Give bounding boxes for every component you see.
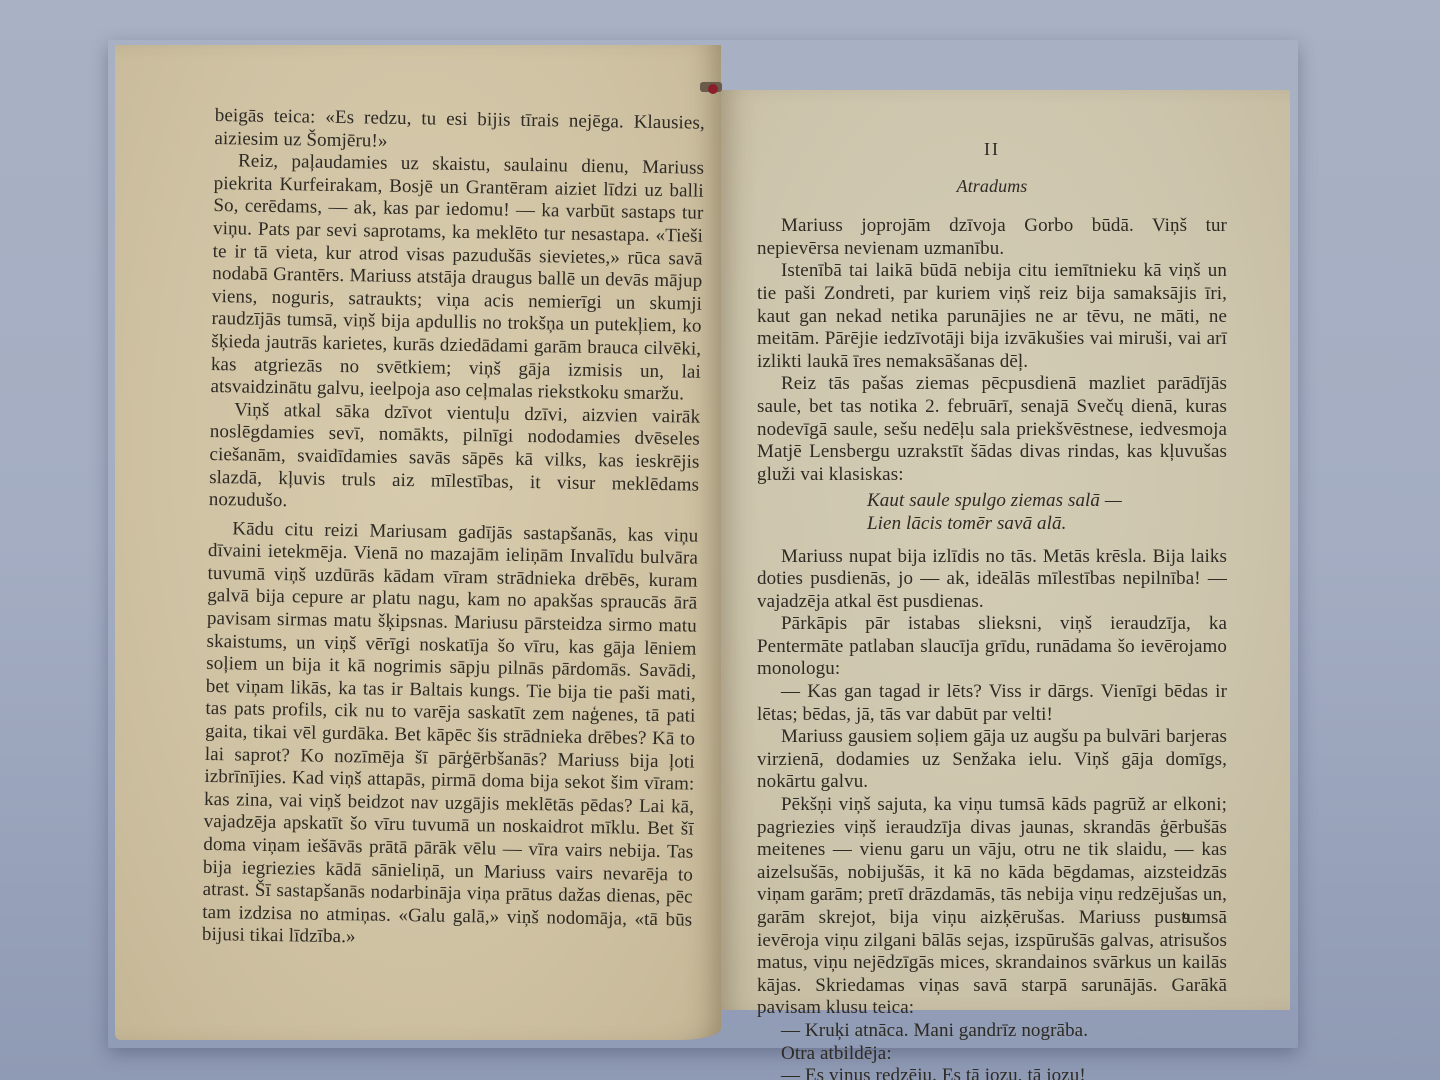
dialogue-line: — Kruķi atnāca. Mani gandrīz nogrāba. bbox=[757, 1020, 1227, 1043]
paragraph: Kādu citu reizi Mariusam gadījās sastapš… bbox=[202, 518, 699, 955]
paragraph: Mariuss gausiem soļiem gāja uz augšu pa … bbox=[757, 726, 1227, 794]
left-page: beigās teica: «Es redzu, tu esi bijis tī… bbox=[115, 45, 721, 1040]
page-number: 9 bbox=[1183, 911, 1191, 928]
paragraph: Pārkāpis pār istabas slieksni, viņš iera… bbox=[757, 613, 1227, 681]
right-page: II Atradums Mariuss joprojām dzīvoja Gor… bbox=[721, 90, 1290, 1010]
chapter-number: II bbox=[757, 138, 1227, 161]
dialogue-line: — Es viņus redzēju. Es tā jozu, tā jozu! bbox=[757, 1065, 1227, 1080]
paragraph: Mariuss nupat bija izlīdis no tās. Metās… bbox=[757, 546, 1227, 614]
paragraph: Istenībā tai laikā būdā nebija citu iemī… bbox=[757, 260, 1227, 373]
right-page-text: II Atradums Mariuss joprojām dzīvoja Gor… bbox=[757, 138, 1227, 1080]
poem: Kaut saule spulgo ziemas salā — Lien lāc… bbox=[867, 490, 1227, 535]
paragraph: beigās teica: «Es redzu, tu esi bijis tī… bbox=[214, 105, 705, 158]
chapter-title: Atradums bbox=[757, 175, 1227, 198]
dialogue-line: — Kas gan tagad ir lēts? Viss ir dārgs. … bbox=[757, 681, 1227, 726]
poem-line: Kaut saule spulgo ziemas salā — bbox=[867, 490, 1227, 513]
paragraph: Otra atbildēja: bbox=[757, 1043, 1227, 1066]
paragraph: Reiz, paļaudamies uz skaistu, saulainu d… bbox=[210, 150, 704, 406]
paragraph: Viņš atkal sāka dzīvot vientuļu dzīvi, a… bbox=[209, 399, 701, 520]
paragraph: Mariuss joprojām dzīvoja Gorbo būdā. Viņ… bbox=[757, 215, 1227, 260]
paragraph: Pēkšņi viņš sajuta, ka viņu tumsā kāds p… bbox=[757, 794, 1227, 1020]
poem-line: Lien lācis tomēr savā alā. bbox=[867, 513, 1227, 536]
left-page-text: beigās teica: «Es redzu, tu esi bijis tī… bbox=[202, 105, 705, 955]
paragraph: Reiz tās pašas ziemas pēcpusdienā mazlie… bbox=[757, 373, 1227, 486]
bookmark-ribbon-icon bbox=[708, 84, 718, 94]
